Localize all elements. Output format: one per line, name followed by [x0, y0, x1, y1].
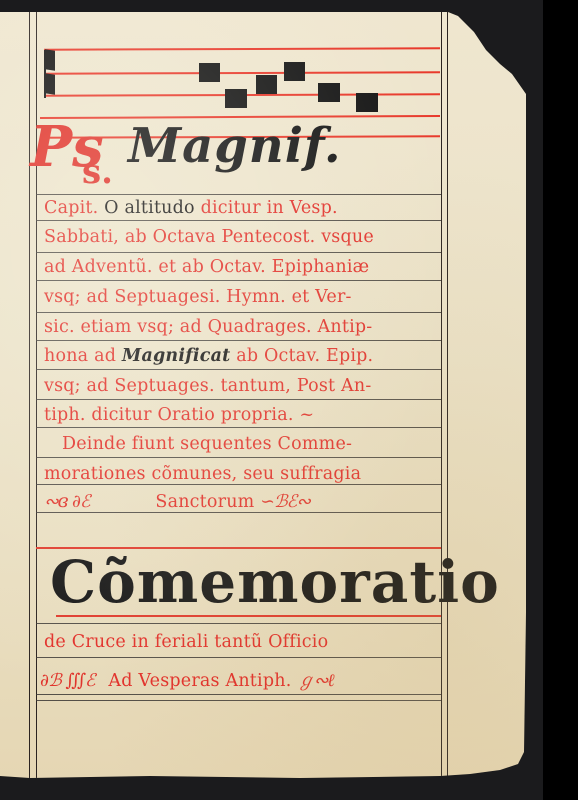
text-line-2: Sabbati, ab Octava Pentecost. vsque [44, 227, 374, 247]
left-outer-rule [29, 12, 30, 787]
left-inner-rule [36, 12, 37, 787]
text-rule [36, 484, 441, 485]
square-neume-icon [256, 75, 277, 94]
red-text: ab Octav. Epip. [230, 346, 373, 366]
text-rule [36, 512, 441, 513]
text-rule [36, 280, 441, 281]
right-inner-rule [441, 12, 442, 787]
red-flourish: ∽ℬℰ∾ [260, 492, 310, 512]
square-neume-icon [318, 83, 340, 102]
background-strip [543, 0, 578, 800]
red-text: Sanctorum [155, 492, 254, 512]
c-clef-stem [44, 50, 46, 98]
commemoratio-title: Cõmemoratio [50, 548, 500, 616]
text-rule [36, 694, 441, 695]
text-line-3: ad Adventũ. et ab Octav. Epiphaniæ [44, 257, 369, 277]
text-line-9: Deinde fiunt sequentes Comme- [62, 434, 352, 454]
text-rule [36, 623, 441, 624]
red-text: tiph. dicitur Oratio propria. ~ [44, 405, 314, 425]
ps-initial: Ps [30, 114, 104, 180]
text-rule [36, 220, 441, 221]
black-text: O altitudo [98, 198, 200, 218]
staff-line [44, 71, 440, 74]
text-line-7: vsq; ad Septuages. tantum, Post An- [44, 376, 371, 396]
red-text: vsq; ad Septuages. tantum, Post An- [44, 376, 371, 396]
text-rule [36, 700, 441, 701]
text-rule [36, 369, 441, 370]
staff-line [44, 47, 440, 50]
red-flourish: ∾ɞ ∂ℰ [44, 492, 90, 512]
ps-suffix: s. [82, 152, 113, 192]
red-rule [36, 547, 441, 549]
c-clef-icon [45, 73, 55, 94]
text-line-10: morationes cõmunes, seu suffragia [44, 464, 361, 484]
text-rule [36, 312, 441, 313]
red-text: hona ad [44, 346, 122, 366]
red-text: vsq; ad Septuagesi. Hymn. et Ver- [44, 287, 352, 307]
text-line-1: Capit. O altitudo dicitur in Vesp. [44, 198, 338, 218]
black-text: Magnificat [122, 346, 231, 366]
red-text: Capit. [44, 198, 98, 218]
red-text: de Cruce in feriali tantũ Officio [44, 632, 328, 652]
parchment-leaf: Ps s. Magnif. Capit. O altitudo dicitur … [0, 12, 526, 787]
square-neume-icon [199, 63, 220, 82]
text-rule [36, 457, 441, 458]
staff-line [40, 115, 440, 119]
red-text: ad Adventũ. et ab Octav. Epiphaniæ [44, 257, 369, 277]
text-line-6: hona ad Magnificat ab Octav. Epip. [44, 346, 373, 366]
red-text: Deinde fiunt sequentes Comme- [62, 434, 352, 454]
square-neume-icon [284, 62, 305, 81]
text-line-5: sic. etiam vsq; ad Quadrages. Antip- [44, 317, 372, 337]
text-rule [36, 340, 441, 341]
text-line-4: vsq; ad Septuagesi. Hymn. et Ver- [44, 287, 352, 307]
red-flourish: ℊ∾ℓ [297, 671, 333, 691]
right-outer-rule [447, 12, 448, 787]
c-clef-icon [45, 49, 55, 70]
text-line-11: ∾ɞ ∂ℰ Sanctorum ∽ℬℰ∾ [44, 492, 310, 512]
red-text: sic. etiam vsq; ad Quadrages. Antip- [44, 317, 372, 337]
text-line-8: tiph. dicitur Oratio propria. ~ [44, 405, 314, 425]
text-rule [36, 399, 441, 400]
text-rule [36, 427, 441, 428]
red-rule [56, 615, 441, 617]
magnif-title: Magnif. [128, 118, 342, 174]
after-line-2: ∂ℬ ∭ℰ Ad Vesperas Antiph. ℊ∾ℓ [40, 667, 334, 692]
staff-line [44, 93, 440, 96]
text-rule [36, 252, 441, 253]
red-text: dicitur in Vesp. [201, 198, 338, 218]
red-text: Sabbati, ab Octava Pentecost. vsque [44, 227, 374, 247]
square-neume-icon [356, 93, 378, 112]
red-text: Ad Vesperas Antiph. [108, 671, 291, 691]
text-rule [36, 657, 441, 658]
after-line-1: de Cruce in feriali tantũ Officio [44, 632, 328, 652]
red-text: morationes cõmunes, seu suffragia [44, 464, 361, 484]
square-neume-icon [225, 89, 247, 108]
red-flourish: ∂ℬ ∭ℰ [40, 671, 95, 691]
staff-line [40, 135, 440, 138]
text-rule [36, 194, 441, 195]
